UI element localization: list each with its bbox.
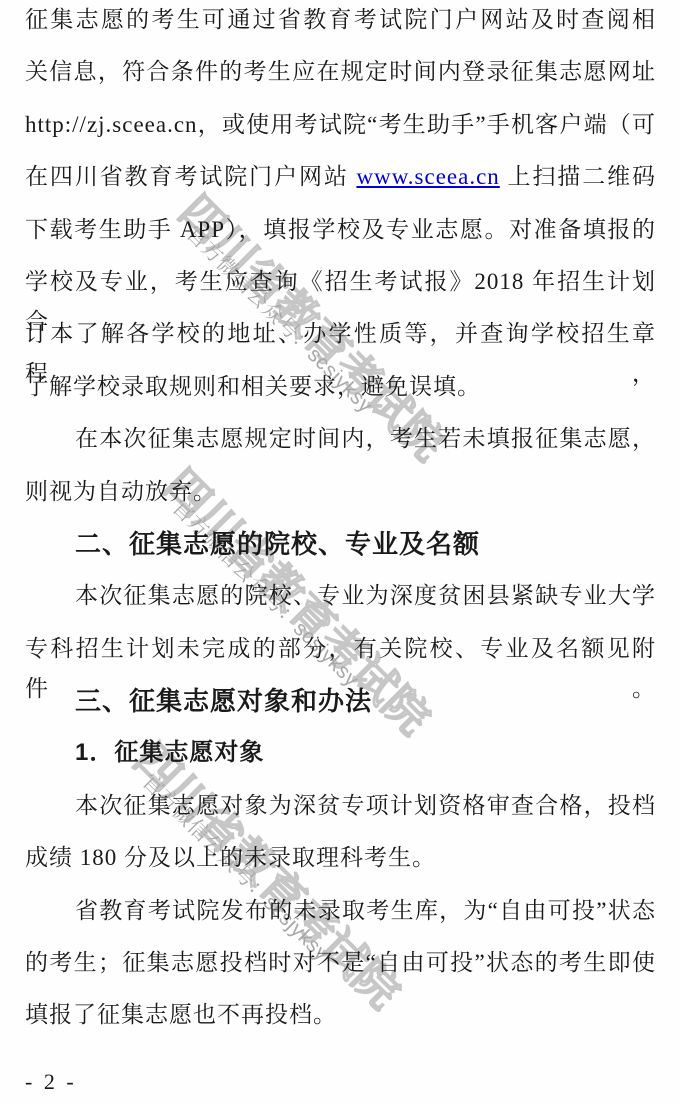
- text-line: 的考生；征集志愿投档时对不是“自由可投”状态的考生即使: [25, 943, 656, 995]
- text-line: 本次征集志愿对象为深贫专项计划资格审查合格，投档: [25, 786, 656, 838]
- text-line: 省教育考试院发布的未录取考生库，为“自由可投”状态: [25, 891, 656, 943]
- text-line: 则视为自动放弃。: [25, 472, 656, 524]
- text-line: 订本了解各学校的地址、办学性质等，并查询学校招生章程，: [25, 314, 656, 366]
- document-body: 征集志愿的考生可通过省教育考试院门户网站及时查阅相关信息，符合条件的考生应在规定…: [25, 0, 656, 1048]
- text-line: 学校及专业，考生应查询《招生考试报》2018 年招生计划合: [25, 262, 656, 314]
- page-number: - 2 -: [25, 1062, 77, 1102]
- text-line: 征集志愿的考生可通过省教育考试院门户网站及时查阅相: [25, 0, 656, 52]
- link-www-sceea-cn[interactable]: www.sceea.cn: [356, 164, 499, 189]
- document-page: 四川省教育考试院官方微信公众号：scsjyksy四川省教育考试院官方微信公众号：…: [0, 0, 680, 1104]
- text-line: 关信息，符合条件的考生应在规定时间内登录征集志愿网址: [25, 52, 656, 104]
- text-line: 在本次征集志愿规定时间内，考生若未填报征集志愿，: [25, 419, 656, 471]
- text-line: 本次征集志愿的院校、专业为深度贫困县紧缺专业大学: [25, 576, 656, 628]
- text-segment: 在四川省教育考试院门户网站: [25, 164, 356, 189]
- text-line: 成绩 180 分及以上的未录取理科考生。: [25, 838, 656, 890]
- text-line: 填报了征集志愿也不再投档。: [25, 995, 656, 1047]
- text-line: 在四川省教育考试院门户网站 www.sceea.cn 上扫描二维码: [25, 157, 656, 209]
- text-segment: 上扫描二维码: [500, 164, 656, 189]
- text-line: 专科招生计划未完成的部分，有关院校、专业及名额见附件。: [25, 629, 656, 681]
- text-line: http://zj.sceea.cn，或使用考试院“考生助手”手机客户端（可: [25, 105, 656, 157]
- section-heading: 1．征集志愿对象: [25, 733, 656, 785]
- text-line: 下载考生助手 APP），填报学校及专业志愿。对准备填报的: [25, 210, 656, 262]
- section-heading: 二、征集志愿的院校、专业及名额: [25, 524, 656, 576]
